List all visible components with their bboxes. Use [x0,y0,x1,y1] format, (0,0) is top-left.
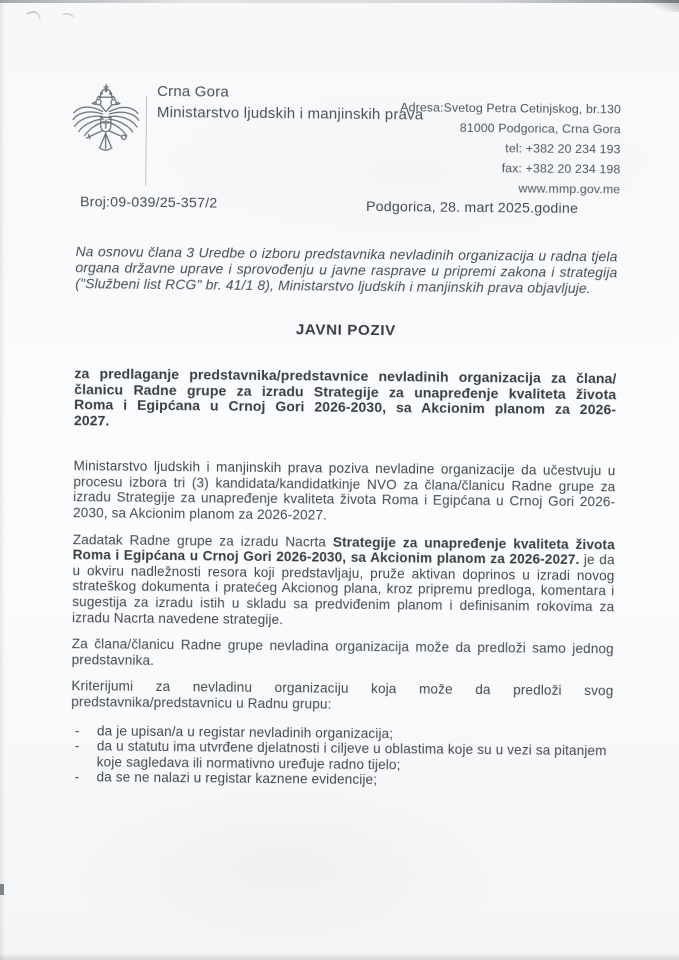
scan-bottom-edge [0,953,679,960]
scan-top-edge [0,0,679,3]
subject-paragraph: za predlaganje predstavnika/predstavnice… [74,366,617,435]
letterhead-org: Crna Gora Ministarstvo ljudskih i manjin… [157,81,424,126]
letter-body: Na osnovu člana 3 Uredbe o izboru predst… [70,243,617,790]
letterhead-divider [145,96,147,186]
document-title: JAVNI POZIV [75,319,617,341]
paragraph-3: Za člana/članicu Radne grupe nevladina o… [72,636,614,672]
montenegro-coat-of-arms-icon [68,76,143,179]
scan-corner-smudge [645,0,679,12]
bullet-marker: - [71,738,97,769]
criteria-intro: Kriterijumi za nevladinu organizaciju ko… [71,679,613,715]
scan-edge-mark [0,884,4,895]
scan-left-edge [0,0,5,960]
country-name: Crna Gora [157,81,424,105]
paragraph-1: Ministarstvo ljudskih i manjinskih prava… [73,458,616,526]
paragraph-2: Zadatak Radne grupe za izradu Nacrta Str… [72,532,615,631]
intro-paragraph: Na osnovu člana 3 Uredbe o izboru predst… [75,243,617,297]
reference-place-date: Podgorica, 28. mart 2025.godine [366,199,578,217]
address-line: tel: +382 20 234 193 [400,137,621,159]
criteria-item: - da u statutu ima utvrđene djelatnosti … [71,738,613,774]
page-content: Crna Gora Ministarstvo ljudskih i manjin… [0,0,679,960]
website-text: www.mmp.gov.me [399,177,620,199]
address-line: Adresa:Svetog Petra Cetinjskog, br.130 [400,97,621,119]
criteria-list: - da je upisan/a u registar nevladinih o… [70,723,613,791]
bullet-marker: - [70,769,96,785]
bullet-marker: - [71,723,97,739]
scanned-letter-page: Crna Gora Ministarstvo ljudskih i manjin… [0,0,679,960]
ministry-name: Ministarstvo ljudskih i manjinskih prava [157,102,424,126]
address-block: Adresa:Svetog Petra Cetinjskog, br.130 8… [399,97,621,199]
address-line: fax: +382 20 234 198 [400,157,621,179]
criteria-text: da u statutu ima utvrđene djelatnosti i … [97,739,613,775]
paragraph-2-prefix: Zadatak Radne grupe za izradu Nacrta [73,532,333,549]
reference-number: Broj:09-039/25-357/2 [80,194,217,211]
address-line: 81000 Podgorica, Crna Gora [400,117,621,139]
